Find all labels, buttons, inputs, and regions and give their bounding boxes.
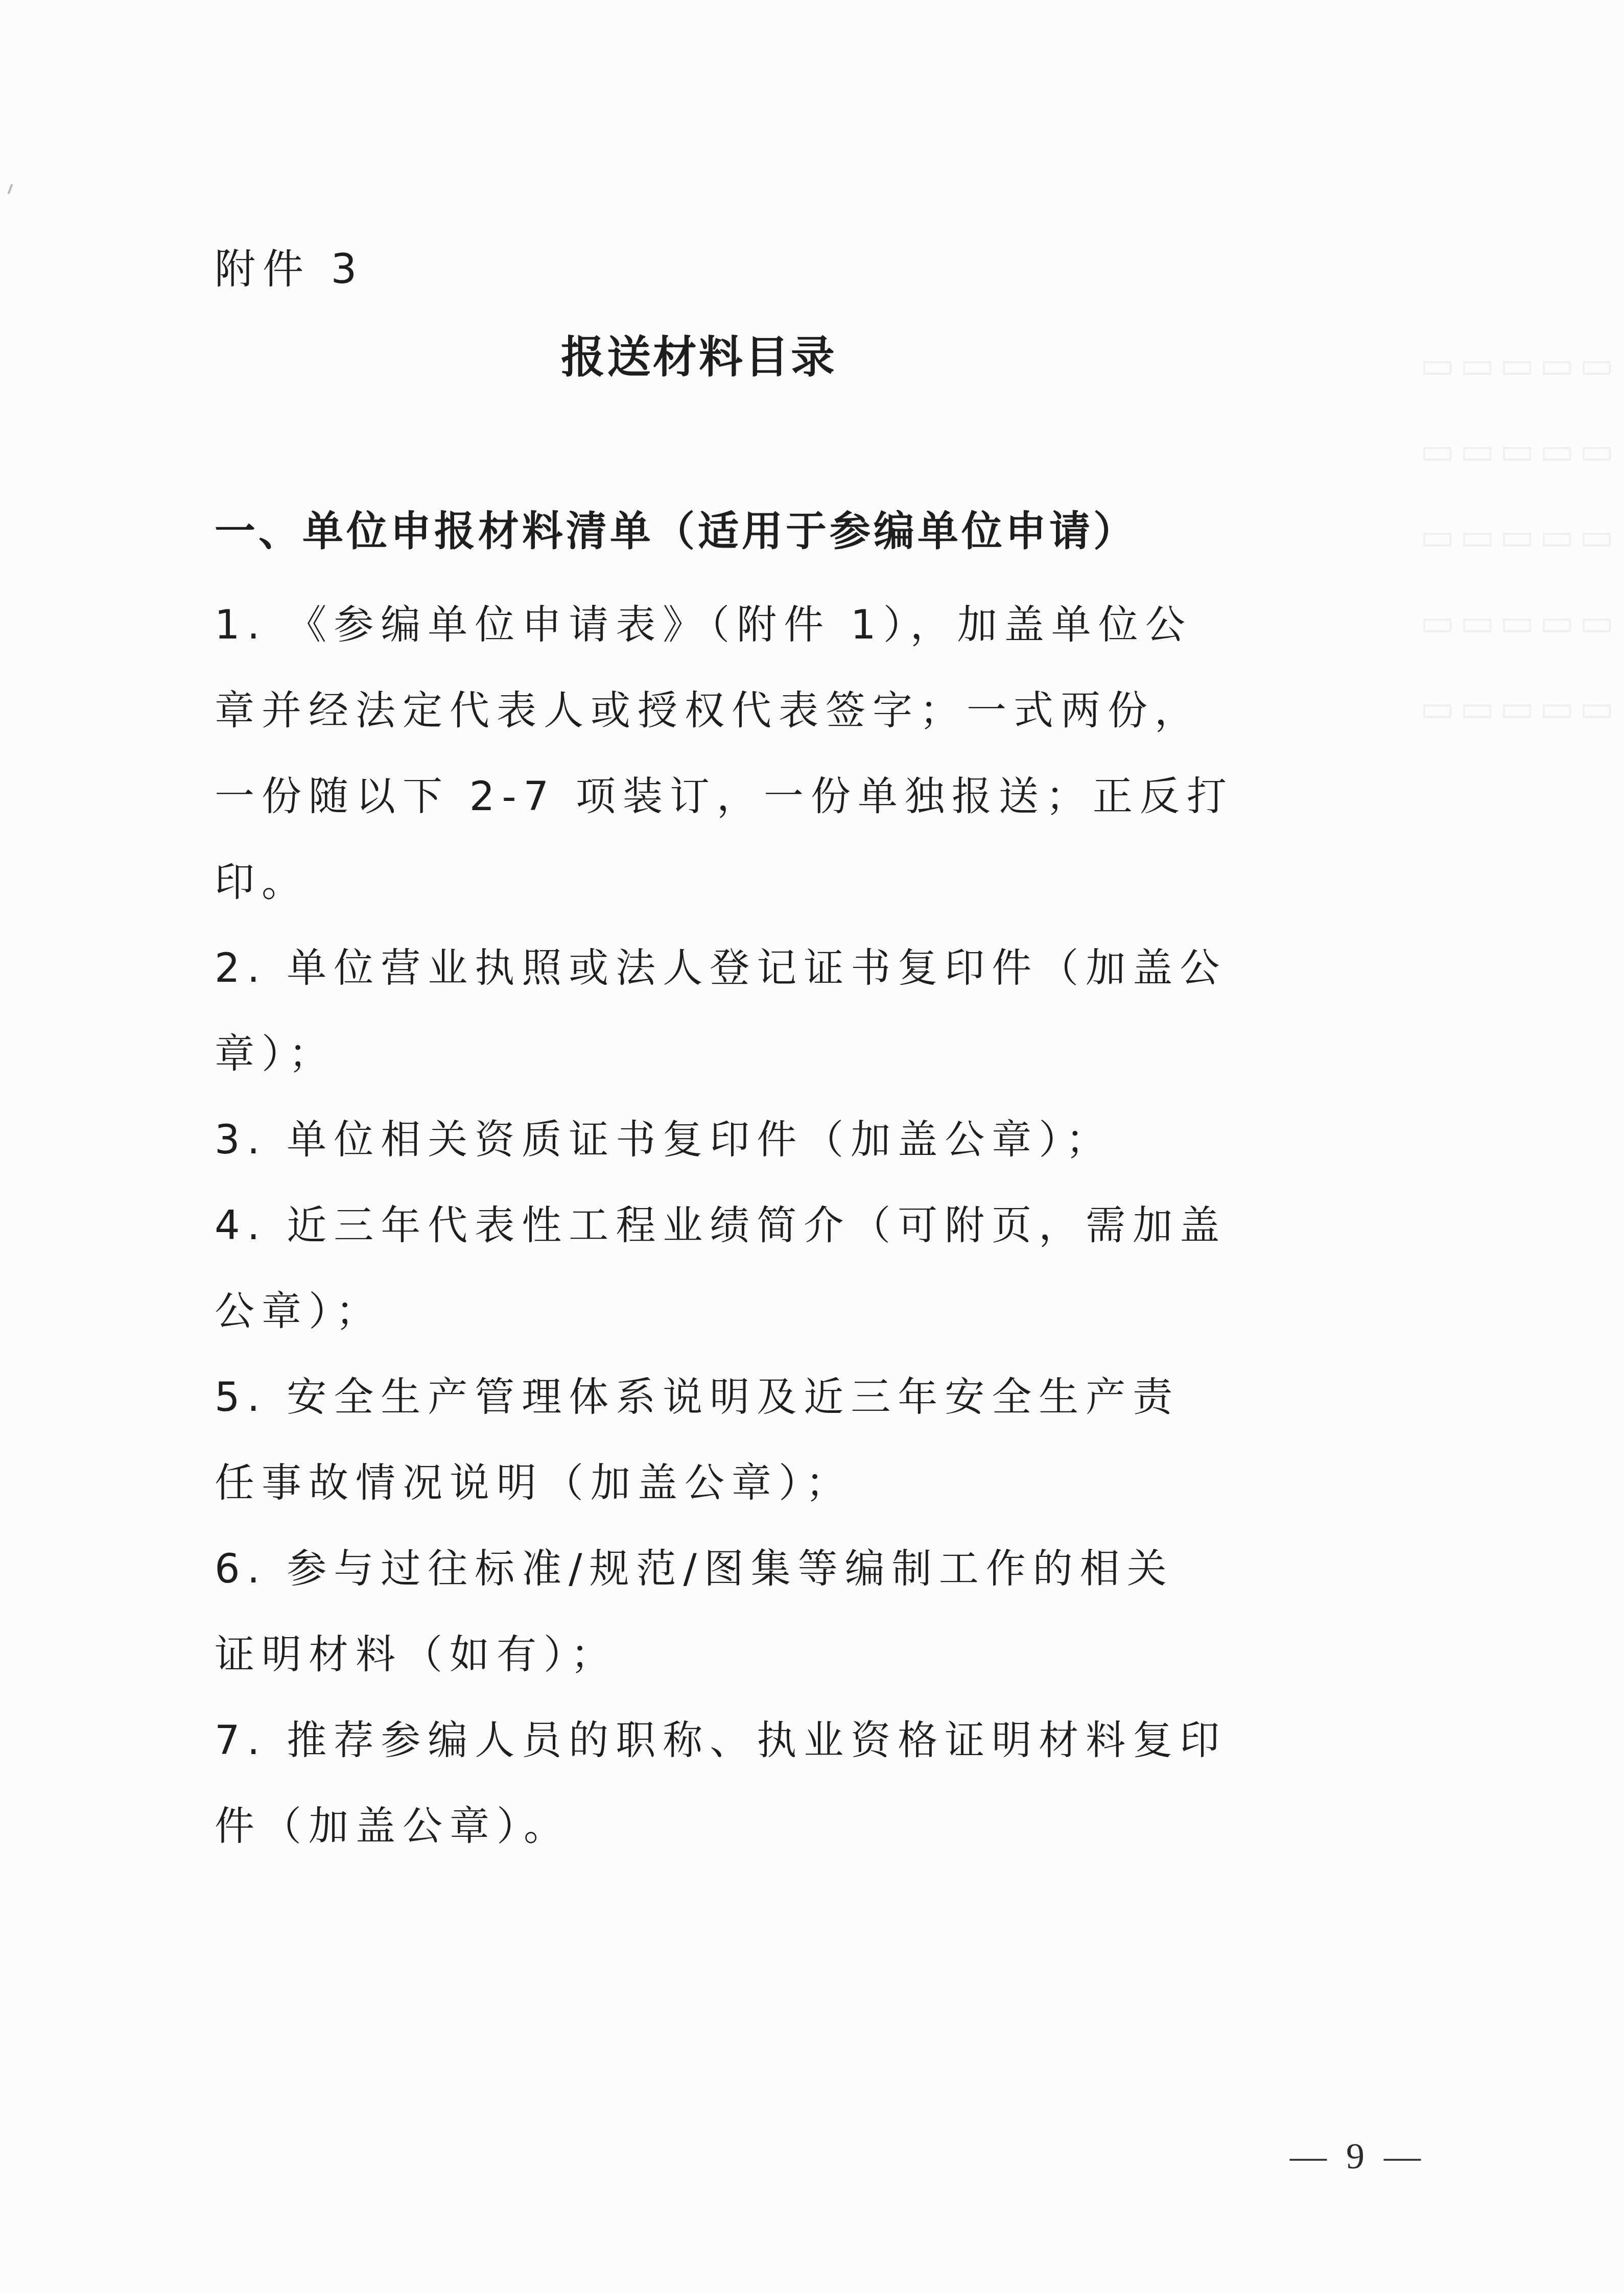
attachment-label: 附件 3 (215, 236, 364, 295)
item-text-line: 证明材料（如有）； (215, 1612, 1155, 1698)
item-text-line: 件（加盖公章）。 (215, 1784, 1155, 1870)
materials-list: 1. 《参编单位申请表》（附件 1），加盖单位公 章并经法定代表人或授权代表签字… (215, 582, 1155, 1870)
list-item-1: 1. 《参编单位申请表》（附件 1），加盖单位公 章并经法定代表人或授权代表签字… (215, 582, 1155, 926)
item-text-line: 任事故情况说明（加盖公章）； (215, 1440, 1155, 1526)
list-item-7: 7. 推荐参编人员的职称、执业资格证明材料复印 件（加盖公章）。 (215, 1698, 1155, 1870)
reverse-side-show-through: ▭▭▭▭▭ ▭▭▭▭▭ ▭▭▭▭▭ ▭▭▭▭▭ ▭▭▭▭▭ (1369, 322, 1614, 751)
item-text-line: 一份随以下 2-7 项装订，一份单独报送；正反打 (215, 754, 1155, 840)
item-text-line: 印。 (215, 840, 1155, 926)
section-heading-unit-materials: 一、单位申报材料清单（适用于参编单位申请） (215, 498, 1137, 557)
item-text-line: 5. 安全生产管理体系说明及近三年安全生产责 (215, 1355, 1155, 1440)
page-number: — 9 — (1290, 2135, 1426, 2178)
list-item-4: 4. 近三年代表性工程业绩简介（可附页，需加盖 公章）； (215, 1183, 1155, 1355)
item-text-line: 2. 单位营业执照或法人登记证书复印件（加盖公 (215, 926, 1155, 1011)
item-text-line: 4. 近三年代表性工程业绩简介（可附页，需加盖 (215, 1183, 1155, 1269)
item-text-line: 公章）； (215, 1269, 1155, 1355)
item-text-line: 1. 《参编单位申请表》（附件 1），加盖单位公 (215, 582, 1155, 668)
item-text-line: 3. 单位相关资质证书复印件（加盖公章）； (215, 1097, 1155, 1183)
document-page: ▭▭▭▭▭ ▭▭▭▭▭ ▭▭▭▭▭ ▭▭▭▭▭ ▭▭▭▭▭ 附件 3 报送材料目… (0, 0, 1624, 2294)
list-item-2: 2. 单位营业执照或法人登记证书复印件（加盖公 章）； (215, 926, 1155, 1097)
list-item-3: 3. 单位相关资质证书复印件（加盖公章）； (215, 1097, 1155, 1183)
list-item-6: 6. 参与过往标准/规范/图集等编制工作的相关 证明材料（如有）； (215, 1526, 1155, 1698)
item-text-line: 7. 推荐参编人员的职称、执业资格证明材料复印 (215, 1698, 1155, 1784)
item-text-line: 章）； (215, 1011, 1155, 1097)
list-item-5: 5. 安全生产管理体系说明及近三年安全生产责 任事故情况说明（加盖公章）； (215, 1355, 1155, 1526)
item-text-line: 章并经法定代表人或授权代表签字；一式两份， (215, 668, 1155, 754)
item-text-line: 6. 参与过往标准/规范/图集等编制工作的相关 (215, 1526, 1155, 1612)
document-title: 报送材料目录 (561, 322, 837, 385)
scan-speck (8, 184, 13, 194)
